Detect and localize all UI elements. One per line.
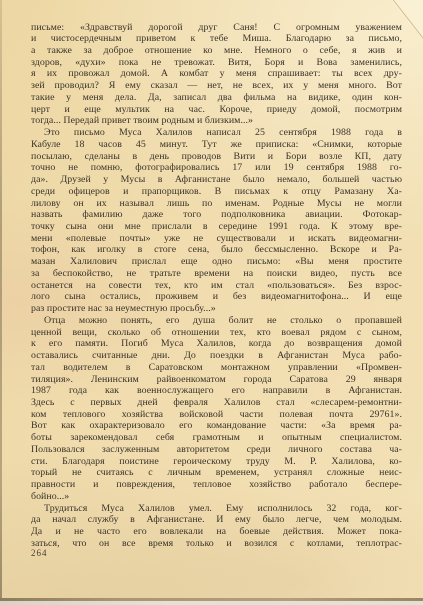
text-line: ком теплового хозяйства войсковой части … (31, 409, 402, 421)
text-line: боты зарекомендовал себя грамотным и опы… (31, 432, 402, 444)
text-line: лилову он их называл лишь по именам. Род… (31, 198, 402, 210)
text-line: мени «полевые почты» уже не существовали… (31, 233, 402, 245)
text-line: назвать фамилию даже того подполковника … (31, 209, 402, 221)
text-line: точно не помню, фотографировались 17 или… (31, 162, 402, 174)
text-line: тогда... Передай привет твоим родным и б… (31, 115, 402, 127)
text-line: письме: «Здравствуй дорогой друг Саня! С… (31, 22, 402, 34)
scanned-book-page: письме: «Здравствуй дорогой друг Саня! С… (0, 0, 423, 605)
text-line: Трудиться Муса Халилов умел. Ему исполни… (31, 503, 402, 515)
paragraph-work-ethic: Трудиться Муса Халилов умел. Ему исполни… (31, 503, 402, 550)
text-line: раз простите нас за неуместную просьбу..… (31, 303, 402, 315)
text-line: да». Друзей у Мусы в Афганистане было не… (31, 174, 402, 186)
text-line: сти. Благодаря поистине героическому тру… (31, 456, 402, 468)
text-line: останется на совести тех, кто им стал «п… (31, 280, 402, 292)
text-line: Здесь с первых дней февраля Халилов стал… (31, 397, 402, 409)
text-line: 1987 года как военнослужащего его направ… (31, 385, 402, 397)
paragraph-father-and-service: Отца можно понять, его душа болит не сто… (31, 315, 402, 503)
text-line: зей проводил? Я ему сказал — нет, не все… (31, 80, 402, 92)
text-line: торый не считаясь с личным временем, уст… (31, 467, 402, 479)
text-line: да начал службу в Афганистане. И ему был… (31, 514, 402, 526)
text-line: церт и еще мультик на час. Короче, приед… (31, 104, 402, 116)
text-line: здоров, «духи» пока не тревожат. Витя, Б… (31, 57, 402, 69)
text-line: Это письмо Муса Халилов написал 25 сентя… (31, 127, 402, 139)
text-line: мазан Халилович прислал еще одно письмо:… (31, 256, 402, 268)
text-line: заться, что он все время только и возилс… (31, 538, 402, 550)
text-line: Отца можно понять, его душа болит не сто… (31, 315, 402, 327)
scan-bottom-backing-strip (0, 601, 423, 605)
text-line: точку сына они мне прислали в середине 1… (31, 221, 402, 233)
text-line: за беспокойство, не тратьте времени на п… (31, 268, 402, 280)
text-line: среди офицеров и прапорщиков. В письмах … (31, 186, 402, 198)
text-line: к его памяти. Погиб Муса Халилов, когда … (31, 338, 402, 350)
text-line: тиляция». Ленинским райвоенкоматом город… (31, 374, 402, 386)
text-line: Да и не часто его вовлекали на боевые де… (31, 526, 402, 538)
text-line: Пользовался заслуженным авторитетом сред… (31, 444, 402, 456)
page-number: 264 (31, 548, 48, 558)
text-line: такие у меня дела. Да, записал два фильм… (31, 92, 402, 104)
paragraph-letter-history: Это письмо Муса Халилов написал 25 сентя… (31, 127, 402, 315)
text-line: Кабуле 18 часов 45 минут. Тут же приписк… (31, 139, 402, 151)
text-line: я их провожал домой. А комбат у меня спр… (31, 68, 402, 80)
text-line: бойно...» (31, 491, 402, 503)
text-line: и чистосердечным приветом к тебе Миша. Б… (31, 33, 402, 45)
text-line: ценной вещи, сколько об отношении тех, к… (31, 327, 402, 339)
text-line: Вот как охарактеризовало его командовани… (31, 420, 402, 432)
text-line: правности и повреждения, тепловое хозяйс… (31, 479, 402, 491)
scan-left-edge-shadow (0, 0, 2, 605)
text-line: тал водителем в Саратовском монтажном уп… (31, 362, 402, 374)
body-text: письме: «Здравствуй дорогой друг Саня! С… (31, 22, 402, 550)
text-line: лого сына остались, проживем и без видео… (31, 291, 402, 303)
text-line: посылаю, сделаны в день проводов Вити и … (31, 151, 402, 163)
text-line: оставались считанные дни. До поездки в А… (31, 350, 402, 362)
text-line: тофон, как иголку в стоге сена, было бес… (31, 244, 402, 256)
paragraph-letter-quote: письме: «Здравствуй дорогой друг Саня! С… (31, 22, 402, 128)
text-line: а также за доброе отношение ко мне. Немн… (31, 45, 402, 57)
